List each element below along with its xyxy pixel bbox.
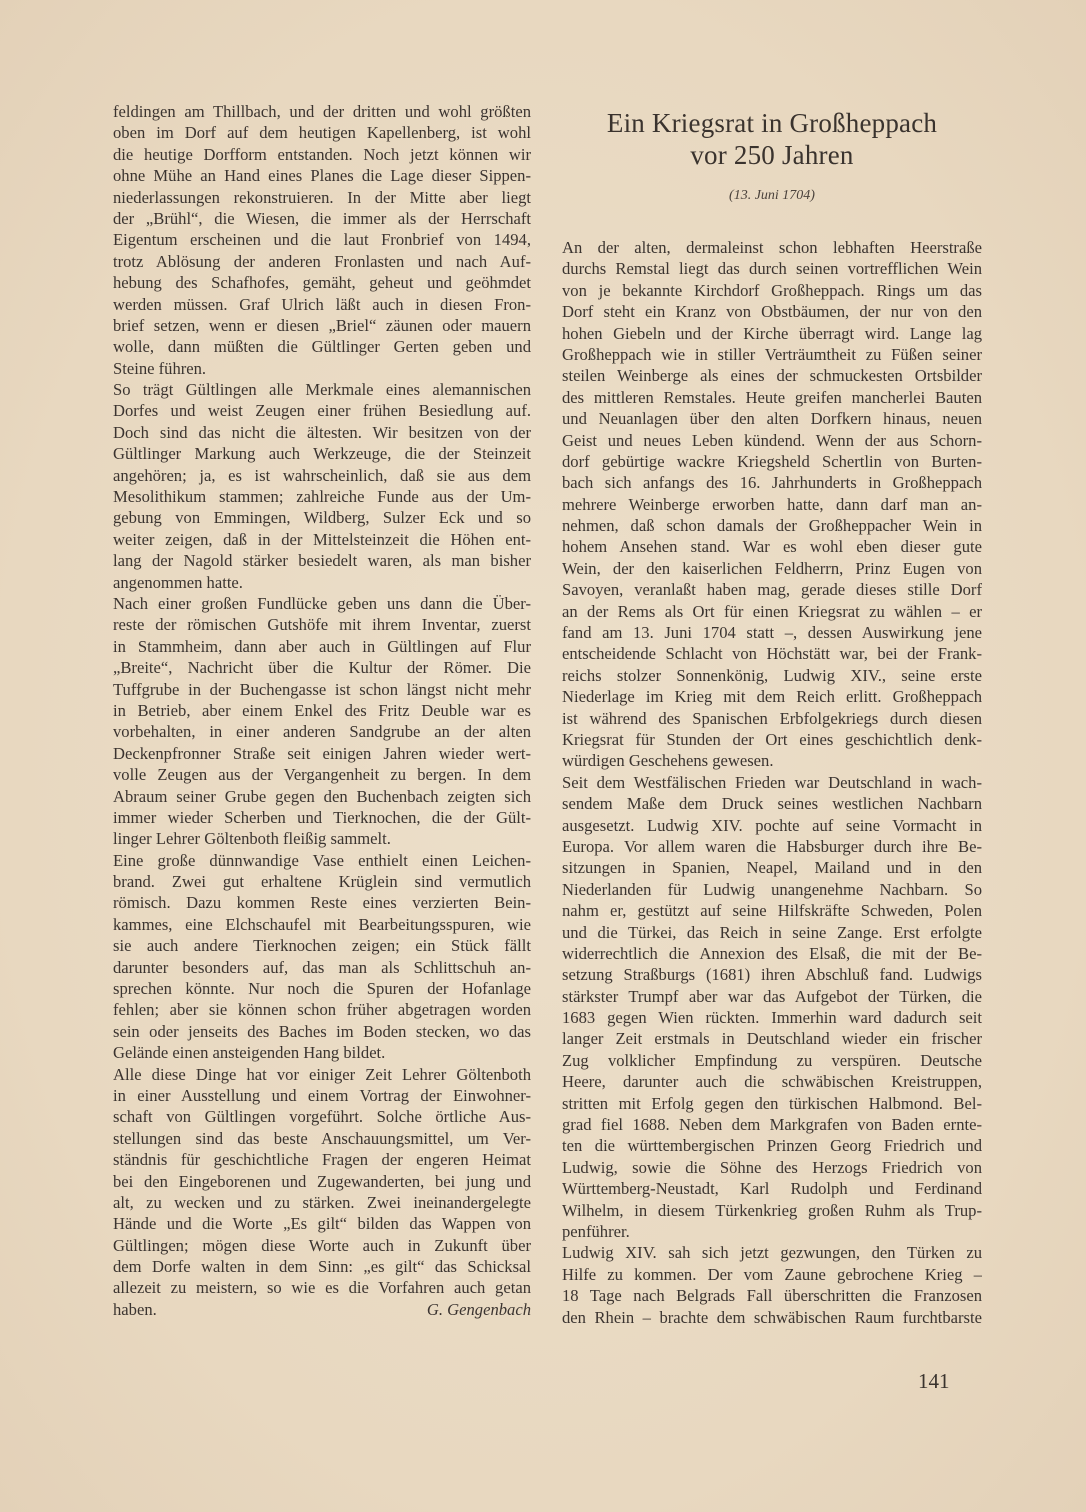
- text-line: 18 Tage nach Belgrads Fall überschritten…: [562, 1285, 982, 1306]
- text-line: Mesolithikum stammen; zahlreiche Funde a…: [113, 486, 531, 507]
- text-line: Eine große dünnwandige Vase enthielt ein…: [113, 850, 531, 871]
- text-line: penführer.: [562, 1221, 982, 1242]
- text-line: sein oder jenseits des Baches im Boden s…: [113, 1021, 531, 1042]
- text-line: Gelände einen ansteigenden Hang bildet.: [113, 1042, 531, 1063]
- closing-line: haben. G. Gengenbach: [113, 1299, 531, 1320]
- text-line: Zug volklicher Empfindung zu verspüren. …: [562, 1050, 982, 1071]
- text-line: Wein, der den kaiserlichen Feldherrn, Pr…: [562, 558, 982, 579]
- text-line: steilen Weinberge als eines der schmucke…: [562, 365, 982, 386]
- text-line: Niederlage im Krieg mit dem Reich erlitt…: [562, 686, 982, 707]
- text-line: und Neuanlagen über den alten Dorfkern h…: [562, 408, 982, 429]
- text-line: in einer Ausstellung und einem Vortrag d…: [113, 1085, 531, 1106]
- text-line: Steine führen.: [113, 358, 531, 379]
- text-line: von je bekannte Kirchdorf Großheppach. R…: [562, 280, 982, 301]
- text-line: Großheppach wie in stiller Verträumtheit…: [562, 344, 982, 365]
- text-line: Nach einer großen Fundlücke geben uns da…: [113, 593, 531, 614]
- text-line: Hilfe zu kommen. Der vom Zaune gebrochen…: [562, 1264, 982, 1285]
- text-line: hebung des Schafhofes, gemäht, geheut un…: [113, 272, 531, 293]
- text-line: Doch sind das nicht die ältesten. Wir be…: [113, 422, 531, 443]
- text-line: sitzungen in Spanien, Neapel, Mailand un…: [562, 857, 982, 878]
- text-line: kammes, eine Elchschaufel mit Bearbeitun…: [113, 914, 531, 935]
- text-line: Alle diese Dinge hat vor einiger Zeit Le…: [113, 1064, 531, 1085]
- text-line: brief setzen, wenn er diesen „Briel“ zäu…: [113, 315, 531, 336]
- text-line: An der alten, dermaleinst schon lebhafte…: [562, 237, 982, 258]
- text-line: Seit dem Westfälischen Frieden war Deuts…: [562, 772, 982, 793]
- text-line: reichs stolzer Sonnenkönig, Ludwig XIV.,…: [562, 665, 982, 686]
- text-line: dem Dorfe walten in dem Sinn: „es gilt“ …: [113, 1256, 531, 1277]
- text-line: die heutige Dorfform entstanden. Noch je…: [113, 144, 531, 165]
- text-line: Heere, darunter auch die schwäbischen Kr…: [562, 1071, 982, 1092]
- text-line: ständnis für geschichtliche Fragen der e…: [113, 1149, 531, 1170]
- text-line: linger Lehrer Göltenboth fleißig sammelt…: [113, 828, 531, 849]
- text-line: Kriegsrat für Stunden der Ort eines gesc…: [562, 729, 982, 750]
- text-line: immer wieder Scherben und Tierknochen, d…: [113, 807, 531, 828]
- text-line: setzung Straßburgs (1681) ihren Abschluß…: [562, 964, 982, 985]
- text-line: darunter besonders auf, das man als Schl…: [113, 957, 531, 978]
- text-line: stellungen sind das beste Anschauungsmit…: [113, 1128, 531, 1149]
- text-line: Eigentum erscheinen und die laut Fronbri…: [113, 229, 531, 250]
- article-title: Ein Kriegsrat in Großheppach vor 250 Jah…: [562, 107, 982, 171]
- text-line: ist während des Spanischen Erbfolgekrieg…: [562, 708, 982, 729]
- closing-word: haben.: [113, 1299, 157, 1320]
- text-line: Wilhelm, in diesem Türkenkrieg großen Ru…: [562, 1200, 982, 1221]
- text-line: angenommen hatte.: [113, 572, 531, 593]
- text-line: und die Türkei, das Reich in seine Zange…: [562, 922, 982, 943]
- text-line: „Breite“, Nachricht über die Kultur der …: [113, 657, 531, 678]
- text-line: Geist und neues Leben kündend. Wenn der …: [562, 430, 982, 451]
- text-line: lang der Nagold stärker besiedelt waren,…: [113, 550, 531, 571]
- text-line: Dorfes und weist Zeugen einer frühen Bes…: [113, 400, 531, 421]
- text-line: dorf gebürtige wackre Kriegsheld Schertl…: [562, 451, 982, 472]
- left-column: feldingen am Thillbach, und der dritten …: [113, 101, 531, 1320]
- text-line: Savoyen, veranlaßt haben mag, gerade die…: [562, 579, 982, 600]
- text-line: werden müssen. Graf Ulrich läßt auch in …: [113, 294, 531, 315]
- article-date: (13. Juni 1704): [562, 188, 982, 204]
- text-line: ausgesetzt. Ludwig XIV. pochte auf seine…: [562, 815, 982, 836]
- text-line: entscheidende Schlacht von Höchstätt war…: [562, 643, 982, 664]
- text-line: bach sich anfangs des 16. Jahrhunderts i…: [562, 472, 982, 493]
- text-line: Abraum seiner Grube gegen den Buchenbach…: [113, 786, 531, 807]
- text-line: fehlen; aber sie können schon früher abg…: [113, 999, 531, 1020]
- text-line: Ludwig, sowie die Söhne des Herzogs Frie…: [562, 1157, 982, 1178]
- right-column: An der alten, dermaleinst schon lebhafte…: [562, 237, 982, 1328]
- text-line: feldingen am Thillbach, und der dritten …: [113, 101, 531, 122]
- page-number: 141: [918, 1369, 950, 1394]
- text-line: grad fiel 1688. Neben dem Markgrafen von…: [562, 1114, 982, 1135]
- text-line: langer Zeit erstmals in Deutschland wied…: [562, 1028, 982, 1049]
- text-line: den Rhein – brachte dem schwäbischen Rau…: [562, 1307, 982, 1328]
- text-line: sie auch andere Tierknochen zeigen; ein …: [113, 935, 531, 956]
- text-line: mehrere Weinberge erworben hatte, dann d…: [562, 494, 982, 515]
- text-line: oben im Dorf auf dem heutigen Kapellenbe…: [113, 122, 531, 143]
- article-title-line-2: vor 250 Jahren: [562, 139, 982, 171]
- text-line: Tuffgrube in der Buchengasse ist schon l…: [113, 679, 531, 700]
- text-line: Ludwig XIV. sah sich jetzt gezwungen, de…: [562, 1242, 982, 1263]
- text-line: alt, zu wecken und zu stärken. Zwei inei…: [113, 1192, 531, 1213]
- text-line: nahm er, gestützt auf seine Hilfskräfte …: [562, 900, 982, 921]
- text-line: Dorf steht ein Kranz von Obstbäumen, der…: [562, 301, 982, 322]
- text-line: der „Brühl“, die Wiesen, die immer als d…: [113, 208, 531, 229]
- text-line: Gültlinger Markung auch Werkzeuge, die d…: [113, 443, 531, 464]
- text-line: stritten mit Erfolg gegen den türkischen…: [562, 1093, 982, 1114]
- text-line: fand am 13. Juni 1704 statt –, dessen Au…: [562, 622, 982, 643]
- text-line: volle Zeugen aus der Vergangenheit zu be…: [113, 764, 531, 785]
- text-line: ohne Mühe an Hand eines Planes die Lage …: [113, 165, 531, 186]
- text-line: sendem Maße dem Druck seines westlichen …: [562, 793, 982, 814]
- text-line: niederlassungen rekonstruieren. In der M…: [113, 187, 531, 208]
- book-page: feldingen am Thillbach, und der dritten …: [0, 0, 1086, 1512]
- text-line: Niederlanden für Ludwig unangenehme Nach…: [562, 879, 982, 900]
- text-line: würdigen Geschehens gewesen.: [562, 750, 982, 771]
- text-line: in Betrieb, aber einem Enkel des Fritz D…: [113, 700, 531, 721]
- text-line: durchs Remstal liegt das durch seinen vo…: [562, 258, 982, 279]
- text-line: 1683 gegen Wien rückten. Immerhin ward d…: [562, 1007, 982, 1028]
- article-title-line-1: Ein Kriegsrat in Großheppach: [562, 107, 982, 139]
- text-line: sprechen könnte. Nur noch die Spuren der…: [113, 978, 531, 999]
- text-line: schaft von Gültlingen vorgeführt. Solche…: [113, 1106, 531, 1127]
- text-line: Europa. Vor allem waren die Habsburger d…: [562, 836, 982, 857]
- left-column-text: feldingen am Thillbach, und der dritten …: [113, 101, 531, 1299]
- text-line: widerrechtlich die Annexion des Elsaß, d…: [562, 943, 982, 964]
- text-line: in Stammheim, dann aber auch in Gültling…: [113, 636, 531, 657]
- text-line: Gültlingen; mögen diese Worte auch in Zu…: [113, 1235, 531, 1256]
- text-line: angehören; ja, es ist wahrscheinlich, da…: [113, 465, 531, 486]
- text-line: nehmen, daß schon damals der Großheppach…: [562, 515, 982, 536]
- text-line: wolle, dann müßten die Gültlinger Gerten…: [113, 336, 531, 357]
- text-line: stärkster Trumpf aber war das Aufgebot d…: [562, 986, 982, 1007]
- text-line: Württemberg-Neustadt, Karl Rudolph und F…: [562, 1178, 982, 1199]
- author-signature: G. Gengenbach: [427, 1299, 531, 1320]
- text-line: bei den Eingeborenen und Zugewanderten, …: [113, 1171, 531, 1192]
- text-line: trotz Ablösung der anderen Fronlasten un…: [113, 251, 531, 272]
- right-column-text: An der alten, dermaleinst schon lebhafte…: [562, 237, 982, 1328]
- text-line: vorbehalten, in einer anderen Sandgrube …: [113, 721, 531, 742]
- text-line: an der Rems als Ort für einen Kriegsrat …: [562, 601, 982, 622]
- text-line: des mittleren Remstales. Heute greifen m…: [562, 387, 982, 408]
- text-line: brand. Zwei gut erhaltene Krüglein sind …: [113, 871, 531, 892]
- text-line: römisch. Dazu kommen Reste eines verzier…: [113, 892, 531, 913]
- text-line: weiter zeigen, daß in der Mittelsteinzei…: [113, 529, 531, 550]
- text-line: Deckenpfronner Straße seit einigen Jahre…: [113, 743, 531, 764]
- text-line: Hände und die Worte „Es gilt“ bilden das…: [113, 1213, 531, 1234]
- text-line: reste der römischen Gutshöfe mit ihrem I…: [113, 614, 531, 635]
- text-line: So trägt Gültlingen alle Merkmale eines …: [113, 379, 531, 400]
- text-line: allezeit zu meistern, so wie es die Vorf…: [113, 1277, 531, 1298]
- text-line: hohen Giebeln und der Kirche überragt wi…: [562, 323, 982, 344]
- text-line: hohem Ansehen stand. War es wohl eben di…: [562, 536, 982, 557]
- text-line: gebung von Emmingen, Wildberg, Sulzer Ec…: [113, 507, 531, 528]
- text-line: ten die württembergischen Prinzen Georg …: [562, 1135, 982, 1156]
